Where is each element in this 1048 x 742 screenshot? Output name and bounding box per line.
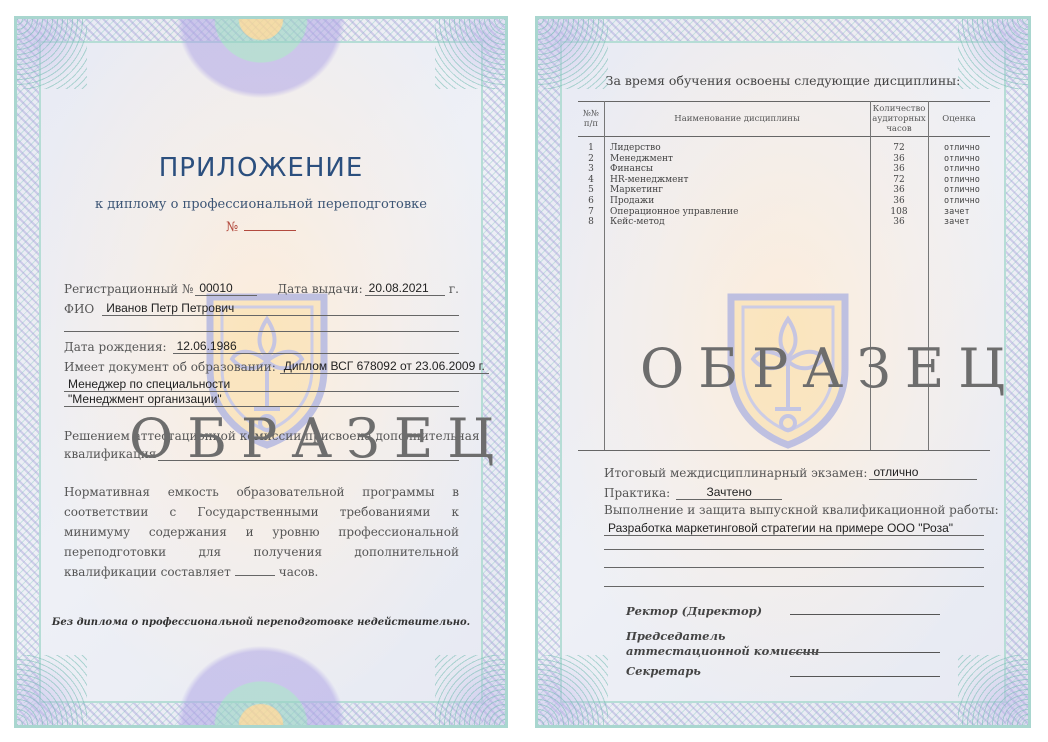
- discipline-grade: отлично: [944, 143, 980, 153]
- chairman-signature-line: [790, 652, 940, 653]
- discipline-hours: 36: [870, 154, 928, 164]
- table-row: 6Продажи36отлично: [578, 196, 990, 207]
- table-body: 1Лидерство72отлично2Менеджмент36отлично3…: [578, 143, 990, 228]
- registration-number: 00010: [195, 281, 257, 296]
- hours-blank: [235, 566, 275, 576]
- table-row: 5Маркетинг36отлично: [578, 185, 990, 196]
- birth-date-label: Дата рождения:: [64, 340, 167, 354]
- qualification-value: [158, 447, 459, 461]
- discipline-name: Финансы: [610, 164, 653, 174]
- practice-result: Зачтено: [676, 485, 782, 500]
- table-bottom-border: [578, 450, 990, 451]
- row-number: 2: [578, 154, 604, 164]
- row-number: 7: [578, 207, 604, 217]
- fio-value: Иванов Петр Петрович: [102, 301, 459, 316]
- disciplines-table: №№ п/п Наименование дисциплины Количеств…: [578, 101, 990, 468]
- discipline-name: Операционное управление: [610, 207, 739, 217]
- discipline-name: HR-менеджмент: [610, 175, 688, 185]
- norm-paragraph: Нормативная емкость образовательной прог…: [64, 482, 459, 582]
- thesis-blank-line: [604, 567, 984, 568]
- chairman-signature-label: Председатель аттестационной комиссии: [626, 629, 819, 659]
- number-label: №: [226, 220, 238, 235]
- qualification-text-1: Решением аттестационной комиссии присвое…: [64, 429, 480, 443]
- issue-date-label: Дата выдачи:: [277, 282, 362, 296]
- rector-signature-line: [790, 614, 940, 615]
- discipline-grade: зачет: [944, 217, 970, 227]
- row-number: 5: [578, 185, 604, 195]
- discipline-hours: 36: [870, 196, 928, 206]
- disciplines-caption: За время обучения освоены следующие дисц…: [538, 73, 1028, 88]
- table-row: 3Финансы36отлично: [578, 164, 990, 175]
- thesis-label-row: Выполнение и защита выпускной квалификац…: [604, 503, 984, 517]
- birth-date-row: Дата рождения: 12.06.1986: [64, 339, 459, 354]
- year-suffix: г.: [449, 282, 459, 296]
- diploma-supplement-back-page: За время обучения освоены следующие дисц…: [535, 16, 1031, 728]
- practice-label: Практика:: [604, 486, 670, 500]
- thesis-label: Выполнение и защита выпускной квалификац…: [604, 503, 999, 517]
- secretary-signature-label: Секретарь: [626, 664, 701, 679]
- discipline-grade: отлично: [944, 164, 980, 174]
- qualification-text-2: квалификация: [64, 447, 156, 461]
- issue-date: 20.08.2021: [365, 281, 445, 296]
- validity-note: Без диплома о профессиональной переподго…: [17, 617, 505, 628]
- table-row: 2Менеджмент36отлично: [578, 154, 990, 165]
- discipline-grade: отлично: [944, 196, 980, 206]
- header-num: №№ п/п: [578, 101, 604, 136]
- norm-text: Нормативная емкость образовательной прог…: [64, 485, 459, 579]
- number-blank: [244, 219, 296, 231]
- education-doc-value: Диплом ВСГ 678092 от 23.06.2009 г.: [280, 359, 489, 374]
- rector-signature-label: Ректор (Директор): [626, 604, 762, 619]
- exam-row: Итоговый междисциплинарный экзамен: отли…: [604, 465, 984, 480]
- hours-suffix: часов.: [279, 565, 319, 579]
- document-subtitle: к диплому о профессиональной переподгото…: [17, 197, 505, 212]
- discipline-hours: 36: [870, 164, 928, 174]
- discipline-name: Продажи: [610, 196, 654, 206]
- thesis-blank-line: [604, 586, 984, 587]
- row-number: 6: [578, 196, 604, 206]
- header-hours: Количество аудиторных часов: [870, 101, 928, 136]
- education-doc-label: Имеет документ об образовании:: [64, 360, 276, 374]
- row-number: 1: [578, 143, 604, 153]
- discipline-hours: 36: [870, 217, 928, 227]
- front-page-content: ПРИЛОЖЕНИЕ к диплому о профессиональной …: [17, 19, 505, 725]
- row-number: 4: [578, 175, 604, 185]
- discipline-hours: 72: [870, 143, 928, 153]
- table-row: 8Кейс-метод36зачет: [578, 217, 990, 228]
- fio-continuation-line: [64, 331, 459, 332]
- practice-row: Практика: Зачтено: [604, 485, 984, 500]
- chairman-line-1: Председатель: [626, 629, 819, 644]
- table-row: 4HR-менеджмент72отлично: [578, 175, 990, 186]
- header-name: Наименование дисциплины: [604, 101, 870, 136]
- secretary-signature-line: [790, 676, 940, 677]
- discipline-grade: отлично: [944, 154, 980, 164]
- discipline-name: Менеджмент: [610, 154, 673, 164]
- exam-label: Итоговый междисциплинарный экзамен:: [604, 466, 867, 480]
- discipline-hours: 108: [870, 207, 928, 217]
- diploma-supplement-front-page: ПРИЛОЖЕНИЕ к диплому о профессиональной …: [14, 16, 508, 728]
- thesis-title: Разработка маркетинговой стратегии на пр…: [604, 521, 984, 536]
- specialty-row-2: "Менеджмент организации": [64, 392, 459, 407]
- row-number: 3: [578, 164, 604, 174]
- discipline-name: Кейс-метод: [610, 217, 665, 227]
- discipline-hours: 36: [870, 185, 928, 195]
- thesis-title-row: Разработка маркетинговой стратегии на пр…: [604, 521, 984, 536]
- row-number: 8: [578, 217, 604, 227]
- discipline-hours: 72: [870, 175, 928, 185]
- document-title: ПРИЛОЖЕНИЕ: [17, 153, 505, 183]
- discipline-name: Лидерство: [610, 143, 661, 153]
- header-grade: Оценка: [928, 101, 990, 136]
- specialty-line-1: Менеджер по специальности: [64, 377, 459, 392]
- birth-date-value: 12.06.1986: [173, 339, 459, 354]
- discipline-name: Маркетинг: [610, 185, 663, 195]
- table-row: 1Лидерство72отлично: [578, 143, 990, 154]
- education-doc-row: Имеет документ об образовании: Диплом ВС…: [64, 359, 459, 374]
- registration-row: Регистрационный № 00010 Дата выдачи: 20.…: [64, 281, 459, 296]
- fio-row: ФИО Иванов Петр Петрович: [64, 301, 459, 316]
- discipline-grade: зачет: [944, 207, 970, 217]
- discipline-grade: отлично: [944, 185, 980, 195]
- thesis-blank-line: [604, 549, 984, 550]
- qualification-row-2: квалификация: [64, 447, 459, 461]
- discipline-grade: отлично: [944, 175, 980, 185]
- back-page-content: За время обучения освоены следующие дисц…: [538, 19, 1028, 725]
- specialty-row-1: Менеджер по специальности: [64, 377, 459, 392]
- registration-label: Регистрационный №: [64, 282, 193, 296]
- table-row: 7Операционное управление108зачет: [578, 207, 990, 218]
- fio-label: ФИО: [64, 302, 94, 316]
- diploma-number-field: №: [17, 219, 505, 235]
- specialty-line-2: "Менеджмент организации": [64, 392, 459, 407]
- exam-result: отлично: [869, 465, 977, 480]
- qualification-row-1: Решением аттестационной комиссии присвое…: [64, 429, 459, 443]
